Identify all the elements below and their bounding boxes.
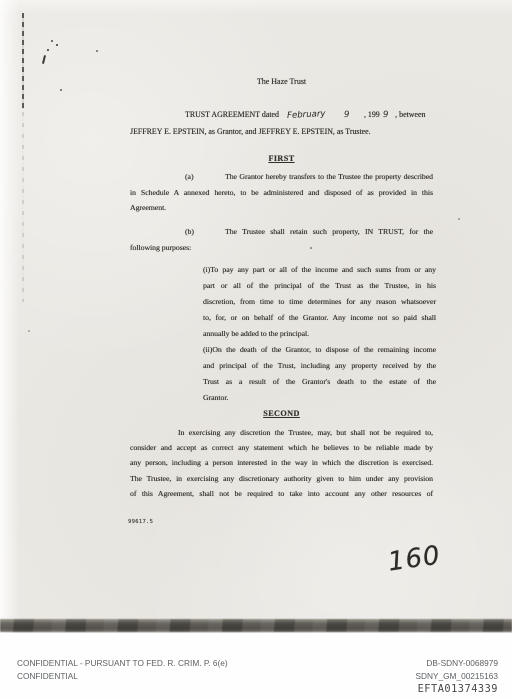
agreement-date-line: TRUST AGREEMENT dated February 9 , 199 9… xyxy=(130,106,433,124)
scanned-page: The Haze Trust TRUST AGREEMENT dated Feb… xyxy=(0,0,512,633)
scan-artifact-streak-faint xyxy=(22,112,24,302)
text-line: Grantor. xyxy=(203,390,436,406)
opening-paragraph: TRUST AGREEMENT dated February 9 , 199 9… xyxy=(130,106,433,140)
text-line: consider and accept as correct any state… xyxy=(130,440,433,455)
text-line: The Trustee, in exercising any discretio… xyxy=(130,471,433,486)
bates-stamp: EFTA01374339 xyxy=(415,683,498,696)
confidential-line-2: CONFIDENTIAL xyxy=(17,670,228,683)
handwritten-day: 9 xyxy=(343,106,349,124)
clause-i-body: (i)To pay any part or all of the income … xyxy=(203,262,436,326)
text-line: following purposes: xyxy=(130,240,433,256)
typed-text: , between xyxy=(395,110,425,119)
scan-speckle xyxy=(56,44,58,46)
scan-speckle xyxy=(458,218,460,220)
paragraph-second: In exercising any discretion the Trustee… xyxy=(130,425,433,501)
text-line: to, for, or on behalf of the Grantor. An… xyxy=(203,310,436,326)
text-line: any person, including a person intereste… xyxy=(130,455,433,470)
paragraph-a: (a) The Grantor hereby transfers to the … xyxy=(130,169,433,216)
clause-ii-body: (ii)On the death of the Grantor, to disp… xyxy=(203,342,436,390)
document-control-number: 99617.5 xyxy=(128,519,153,525)
handwritten-year-digit: 9 xyxy=(382,106,388,124)
paragraph-b-first-line: (b) The Trustee shall retain such proper… xyxy=(130,224,433,240)
text-line: of this Agreement, shall not be required… xyxy=(130,486,433,501)
paragraph-a-first-line: (a) The Grantor hereby transfers to the … xyxy=(130,169,433,185)
scan-speckle xyxy=(28,330,30,332)
text-line: Trust as a result of the Grantor's death… xyxy=(203,374,436,390)
handwritten-month: February xyxy=(287,105,326,125)
text-line: In exercising any discretion the Trustee… xyxy=(130,425,433,440)
typed-text: TRUST AGREEMENT dated xyxy=(185,110,279,119)
paragraph-second-body: consider and accept as correct any state… xyxy=(130,440,433,501)
confidential-line-1: CONFIDENTIAL - PURSUANT TO FED. R. CRIM.… xyxy=(17,657,228,670)
text-line: in Schedule A annexed hereto, to be admi… xyxy=(130,185,433,201)
document-title: The Haze Trust xyxy=(130,77,433,86)
scan-pen-mark xyxy=(42,55,46,64)
bates-numbers: DB-SDNY-0068979 SDNY_GM_00215163 EFTA013… xyxy=(415,657,498,695)
paragraph-label: (b) xyxy=(185,224,225,240)
document-viewer: The Haze Trust TRUST AGREEMENT dated Feb… xyxy=(0,0,512,699)
footer-bar: CONFIDENTIAL - PURSUANT TO FED. R. CRIM.… xyxy=(0,633,512,699)
text-line: (ii)On the death of the Grantor, to disp… xyxy=(203,342,436,358)
parties-line: JEFFREY E. EPSTEIN, as Grantor, and JEFF… xyxy=(130,124,433,140)
text-line: The Grantor hereby transfers to the Trus… xyxy=(225,169,433,185)
clause-ii: (ii)On the death of the Grantor, to disp… xyxy=(203,342,436,406)
scan-speckle xyxy=(51,40,53,42)
paragraph-label: (a) xyxy=(185,169,225,185)
clause-i: (i)To pay any part or all of the income … xyxy=(203,262,436,342)
scan-artifact-streak xyxy=(22,13,24,109)
text-line: discretion, from time to time determines… xyxy=(203,294,436,310)
section-heading-first: FIRST xyxy=(130,154,433,163)
text-line: (i)To pay any part or all of the income … xyxy=(203,262,436,278)
handwritten-page-number: 160 xyxy=(386,540,442,577)
typed-text: , 199 xyxy=(364,110,380,119)
scan-speckle xyxy=(60,89,62,91)
scan-bottom-edge xyxy=(0,619,512,632)
text-line: and principal of the Trust, including an… xyxy=(203,358,436,374)
paragraph-b: (b) The Trustee shall retain such proper… xyxy=(130,224,433,255)
text-line: part or all of the principal of the Trus… xyxy=(203,278,436,294)
text-line: annually be added to the principal. xyxy=(203,326,436,342)
confidentiality-notice: CONFIDENTIAL - PURSUANT TO FED. R. CRIM.… xyxy=(17,657,228,682)
section-heading-second: SECOND xyxy=(130,409,433,418)
bates-line-2: SDNY_GM_00215163 xyxy=(415,670,498,683)
text-line: Agreement. xyxy=(130,200,433,216)
scan-speckle xyxy=(96,50,98,52)
scan-speckle xyxy=(47,49,49,51)
bates-line-1: DB-SDNY-0068979 xyxy=(415,657,498,670)
paragraph-a-body: in Schedule A annexed hereto, to be admi… xyxy=(130,185,433,201)
text-line: The Trustee shall retain such property, … xyxy=(225,224,433,240)
